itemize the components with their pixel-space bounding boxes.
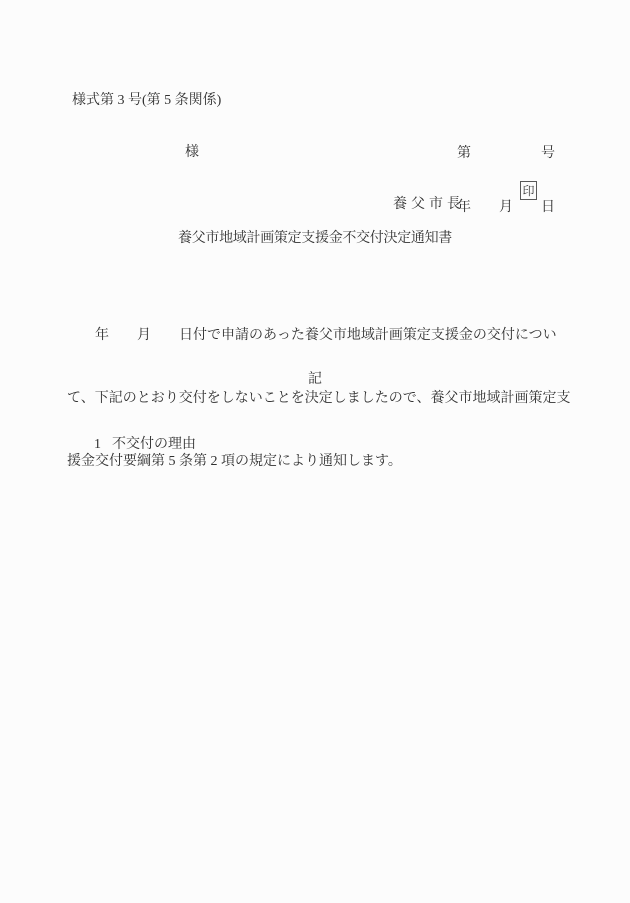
seal-label: 印	[522, 185, 534, 197]
record-marker: 記	[0, 373, 630, 387]
body-line-1: 年 月 日付で申請のあった養父市地域計画策定支援金の交付につい	[67, 325, 575, 346]
document-number-line: 第 号	[457, 145, 555, 163]
seal-box: 印	[520, 181, 537, 200]
document-title: 養父市地域計画策定支援金不交付決定通知書	[0, 232, 630, 246]
item-text: 不交付の理由	[112, 437, 196, 452]
item-number: 1	[94, 437, 101, 452]
sender-title: 養父市長	[393, 197, 465, 212]
date-line: 年 月 日	[457, 199, 555, 217]
document-page: 様式第 3 号(第 5 条関係) 第 号 年 月 日 様 養父市長 印 養父市地…	[0, 0, 630, 903]
body-line-2: て、下記のとおり交付をしないことを決定しましたので、養父市地域計画策定支	[67, 388, 575, 409]
list-item-1: 1不交付の理由	[80, 424, 196, 466]
body-paragraph: 年 月 日付で申請のあった養父市地域計画策定支援金の交付につい て、下記のとおり…	[67, 283, 575, 514]
addressee-suffix: 様	[185, 146, 199, 160]
form-number: 様式第 3 号(第 5 条関係)	[72, 94, 221, 108]
sender-line: 養父市長	[363, 184, 465, 226]
